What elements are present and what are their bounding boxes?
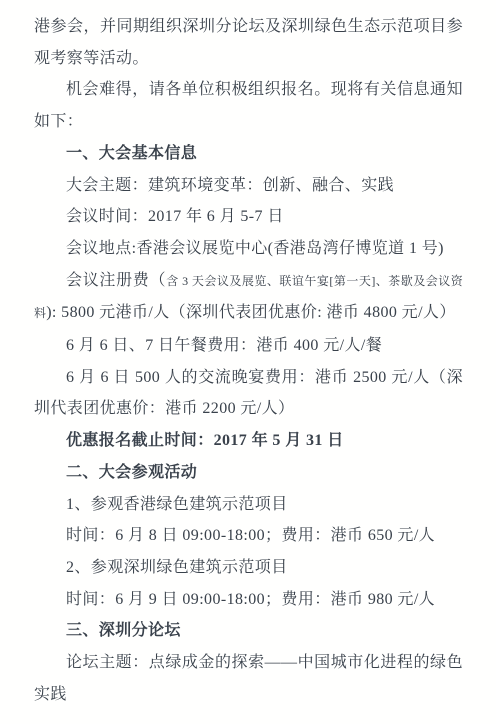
paragraph: 6 月 6 日、7 日午餐费用：港币 400 元/人/餐	[34, 330, 463, 362]
paragraph: 2、参观深圳绿色建筑示范项目	[34, 552, 463, 584]
text-run: 2、参观深圳绿色建筑示范项目	[66, 559, 288, 576]
paragraph: 会议时间：2017 年 6 月 5-7 日	[34, 201, 463, 233]
document-page: 港参会，并同期组织深圳分论坛及深圳绿色生态示范项目参观考察等活动。机会难得，请各…	[0, 0, 496, 724]
paragraph: 6 月 6 日 500 人的交流晚宴费用：港币 2500 元/人（深圳代表团优惠…	[34, 362, 463, 425]
text-run: 优惠报名截止时间：2017 年 5 月 31 日	[66, 432, 344, 449]
text-run: 会议注册费（	[66, 272, 166, 289]
paragraph: 时间：6 月 9 日 09:00-18:00；费用：港币 980 元/人	[34, 584, 463, 616]
section-heading: 三、深圳分论坛	[34, 615, 463, 647]
text-run: 机会难得，请各单位积极组织报名。现将有关信息通知如下：	[34, 81, 463, 130]
text-run: 港参会，并同期组织深圳分论坛及深圳绿色生态示范项目参观考察等活动。	[34, 18, 463, 67]
text-run: 6 月 6 日、7 日午餐费用：港币 400 元/人/餐	[66, 337, 382, 354]
text-run: 会议时间：2017 年 6 月 5-7 日	[66, 208, 284, 225]
text-run: 二、大会参观活动	[66, 464, 197, 481]
paragraph: 1、参观香港绿色建筑示范项目	[34, 489, 463, 521]
paragraph: 机会难得，请各单位积极组织报名。现将有关信息通知如下：	[34, 74, 463, 137]
section-heading: 一、大会基本信息	[34, 138, 463, 170]
text-run: 三、深圳分论坛	[66, 622, 181, 639]
text-run: 时间：6 月 9 日 09:00-18:00；费用：港币 980 元/人	[66, 591, 435, 608]
text-run: 6 月 6 日 500 人的交流晚宴费用：港币 2500 元/人（深圳代表团优惠…	[34, 369, 463, 418]
paragraph: 大会主题：建筑环境变革：创新、融合、实践	[34, 170, 463, 202]
section-heading: 优惠报名截止时间：2017 年 5 月 31 日	[34, 425, 463, 457]
section-heading: 二、大会参观活动	[34, 457, 463, 489]
paragraph: 会议地点:香港会议展览中心(香港岛湾仔博览道 1 号)	[34, 233, 463, 265]
text-run: ): 5800 元港币/人（深圳代表团优惠价: 港币 4800 元/人）	[46, 304, 456, 321]
text-run: 时间：6 月 8 日 09:00-18:00；费用：港币 650 元/人	[66, 527, 435, 544]
paragraph: 时间：6 月 8 日 09:00-18:00；费用：港币 650 元/人	[34, 520, 463, 552]
text-run: 一、大会基本信息	[66, 145, 197, 162]
text-run: 1、参观香港绿色建筑示范项目	[66, 496, 288, 513]
paragraph: 港参会，并同期组织深圳分论坛及深圳绿色生态示范项目参观考察等活动。	[34, 11, 463, 74]
text-run: 会议地点:香港会议展览中心(香港岛湾仔博览道 1 号)	[66, 240, 444, 257]
text-run: 论坛主题：点绿成金的探索——中国城市化进程的绿色实践	[34, 654, 463, 703]
paragraph: 会议注册费（含 3 天会议及展览、联谊午宴[第一天]、茶歇及会议资料): 580…	[34, 265, 463, 330]
text-run: 大会主题：建筑环境变革：创新、融合、实践	[66, 177, 394, 194]
paragraph: 论坛主题：点绿成金的探索——中国城市化进程的绿色实践	[34, 647, 463, 710]
document-body: 港参会，并同期组织深圳分论坛及深圳绿色生态示范项目参观考察等活动。机会难得，请各…	[34, 11, 463, 710]
